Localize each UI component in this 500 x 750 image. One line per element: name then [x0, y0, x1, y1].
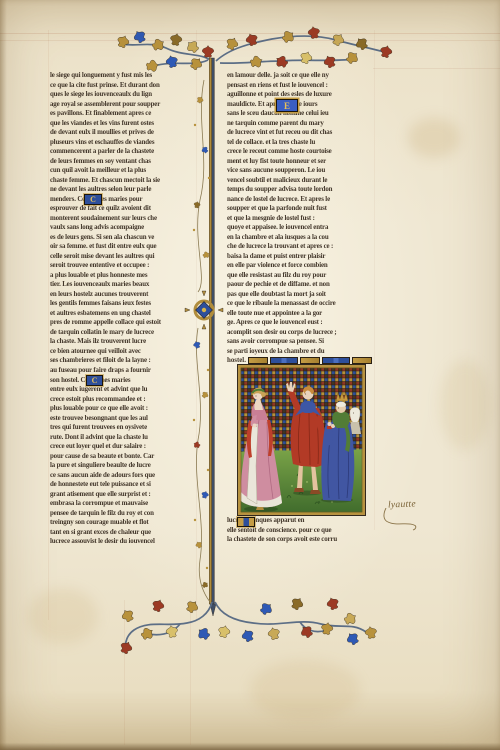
gold-shoe	[256, 507, 264, 510]
bottom-vine-stems	[125, 602, 366, 650]
text-line: pres de romme appelle collace qui estoit	[50, 318, 197, 328]
text-line: ques le siege les iouvenceaulx du lign	[50, 90, 197, 100]
parchment-stain	[408, 118, 460, 158]
text-line: este trouvee besongnant que les aul	[50, 414, 197, 424]
text-line: vaulx sans long advis acompaigne	[50, 223, 197, 233]
ruling-line	[124, 600, 125, 745]
text-line: tier. Les iouvenceaulx maries beaux	[50, 280, 197, 290]
grass-ground	[239, 449, 364, 514]
text-line: age royal se assemblerent pour soupper	[50, 100, 197, 110]
text-line: la pure et singuliere beaulte de lucre	[50, 461, 197, 471]
grass-flecks	[291, 471, 332, 502]
illuminated-initial: C	[86, 375, 103, 386]
text-line: en lamour delle. ja soit ce que elle ny	[227, 71, 374, 81]
text-line: acomplit son desir ou corps de lucrece ;	[227, 328, 374, 338]
text-line: sans le sceu daucun homme celui ieu	[227, 109, 374, 119]
text-line: crece le receut comme hoste courtoise	[227, 147, 374, 157]
blue-hood	[300, 401, 316, 413]
margin-annotation-flourish	[382, 508, 432, 532]
text-line: en elle par violence et force combien	[227, 261, 374, 271]
parchment-stain	[28, 588, 98, 644]
text-line: baisa la dame et puist entrer plaisir	[227, 252, 374, 262]
parchment-stain	[440, 360, 490, 450]
text-line: treingny son courage muable et flot	[50, 518, 197, 528]
top-vine-leaves	[116, 26, 393, 73]
text-line: embrasa la corrompue et mauvaise	[50, 499, 197, 509]
miniature-frame	[238, 365, 366, 516]
text-line: tant en si grant exces de chaleur que	[50, 528, 197, 538]
filler-text-line: hostel.	[227, 356, 374, 364]
text-line: rute. Dont il advint que la chaste lu	[50, 433, 197, 443]
text-line: en leurs hostelz aucunes trouverent	[50, 290, 197, 300]
text-line: pas que elle doubtast la mort ja soit	[227, 290, 374, 300]
text-line: nance de lostel de lucrece. Et apres le	[227, 195, 374, 205]
text-line: aguillonne et point des esles de luxure	[227, 90, 374, 100]
text-line: crece eut loyer quel et dur salaire :	[50, 442, 197, 452]
text-line: es pavillons. Et finablement apres ce	[50, 109, 197, 119]
text-line: chaste femme. Et chascun mectoit la sie	[50, 176, 197, 186]
illuminated-panel	[237, 517, 255, 527]
white-coif	[336, 402, 346, 407]
text-line: ment et luy fist toute honneur et ser	[227, 157, 374, 167]
figure-woman-in-wimple	[349, 408, 361, 435]
ruling-line	[48, 30, 49, 620]
text-line: ce sans aucun aide de adours fors que	[50, 471, 197, 481]
raised-hand	[286, 382, 296, 392]
text-line: ce que la cite fust prinse. Et durant do…	[50, 81, 197, 91]
text-line: de tarquin collatin le mary de lucrece	[50, 328, 197, 338]
text-line: de honnestete eut tele puissance et si	[50, 480, 197, 490]
text-line: et aultres esbatemens en ung chastel	[50, 309, 197, 319]
blonde-hair	[253, 388, 265, 397]
text-line: ne devant les aultres selon leur parle	[50, 185, 197, 195]
text-line: que elle resistast au filz du roy pour	[227, 271, 374, 281]
line-filler-gold	[352, 357, 372, 364]
text-line: elle toute nue et appointee a la gor	[227, 309, 374, 319]
text-line: ses chambrieres et filoit de la layne :	[50, 356, 197, 366]
raised-arm	[288, 389, 303, 414]
text-line: monterent soudainement sur leurs che	[50, 214, 197, 224]
text-line: pensast en riens et fust le iouvencel :	[227, 81, 374, 91]
line-filler-blue	[322, 357, 350, 364]
figure-woman-in-pink	[240, 388, 282, 512]
text-line: le siege qui longuement y fust mis les	[50, 71, 197, 81]
text-line: la chaste. Mais ilz trouverent lucre	[50, 337, 197, 347]
text-line: plus louable pour ce que elle avoit :	[50, 404, 197, 414]
text-line: en la chambre et ala iusques a la cou	[227, 233, 374, 243]
text-line: commencerent a parler de la chastete	[50, 147, 197, 157]
text-line: les gentils femmes faisans ieux festes	[50, 299, 197, 309]
illuminated-initial: C	[84, 194, 102, 205]
text-line: la chastete de son corps avoit este corr…	[227, 535, 374, 545]
text-line: son hostel. Ces ieunes maries	[50, 376, 197, 386]
text-line: mauldicte. Et apres pou de iours	[227, 100, 374, 110]
page-edge-shadow	[0, 0, 7, 750]
text-line: que les viandes et les vins furent ostes	[50, 119, 197, 129]
text-line: vencel soubtil et malicieux durant le	[227, 176, 374, 186]
figure-man-in-red	[286, 382, 325, 496]
curly-hair	[303, 387, 314, 395]
text-line: seroit trouvee ententive et occupee :	[50, 261, 197, 271]
parchment-stain	[250, 660, 360, 720]
text-line: menders. Ces ieunes maries pour	[50, 195, 197, 205]
text-line: hostel.	[227, 357, 246, 364]
text-line: che de lucrece la trouvant et apres ce :	[227, 242, 374, 252]
text-line: es de leurs gens. Si sen ala chascun ve	[50, 233, 197, 243]
text-line: vice sans aucune soupperon. Le iou	[227, 166, 374, 176]
text-line: ne tarquin comme parent du mary	[227, 119, 374, 129]
top-vine-stems	[122, 36, 388, 66]
text-line: et que la mesgnie de lostel fust :	[227, 214, 374, 224]
line-filler-gold	[248, 357, 268, 364]
ruling-line	[190, 600, 191, 745]
grass-tufts	[287, 462, 349, 504]
text-line: entre eulx iugerent et advint que lu	[50, 385, 197, 395]
text-line: tres qui furent trouvees en oysivete	[50, 423, 197, 433]
text-line: soupper et que la parfonde nuit fust	[227, 204, 374, 214]
right-text-column: en lamour delle. ja soit ce que elle nyp…	[227, 71, 374, 356]
text-line: a plus louable et plus honneste mes	[50, 271, 197, 281]
text-line: de lucrece vint et fut receu ou dit chas	[227, 128, 374, 138]
text-line: celle seroit mise devant les aultres qui	[50, 252, 197, 262]
text-line: ge. Apres ce que le iouvencel eust :	[227, 318, 374, 328]
text-line: ce que le ribaule la menassast de occire	[227, 299, 374, 309]
text-line: de leurs femmes en soy ventant chas	[50, 157, 197, 167]
ruling-line	[373, 68, 500, 69]
ruling-line	[0, 33, 500, 34]
left-text-column: le siege qui longuement y fust mis lesce…	[50, 71, 197, 547]
text-line: cun quil avoit la meilleur et la plus	[50, 166, 197, 176]
text-line: de devant eulx il moullies et prives de	[50, 128, 197, 138]
green-hood	[332, 411, 350, 428]
central-bar	[209, 58, 216, 616]
line-filler-blue	[270, 357, 298, 364]
illuminated-initial: E	[276, 99, 298, 112]
text-line: grant atisement que elle surprist et :	[50, 490, 197, 500]
text-line: tel de collace. et la tres chaste lu	[227, 138, 374, 148]
line-filler-gold	[300, 357, 320, 364]
text-line: crece estoit plus recommandee et :	[50, 395, 197, 405]
gold-crown	[336, 392, 348, 401]
hanging-white-cloth	[247, 422, 258, 504]
ruling-line	[0, 40, 500, 41]
text-line: pour cause de sa beaute et bonte. Car	[50, 452, 197, 462]
green-chaplet	[253, 390, 265, 393]
text-line: sans avoir corrompue sa pensee. Si	[227, 337, 374, 347]
text-line: ce bien atournee qui veilloit avec	[50, 347, 197, 357]
text-line: lucrece assouvist le desir du iouvencel	[50, 537, 197, 547]
text-line: pensee de tarquin le filz du roy et con	[50, 509, 197, 519]
text-line: quoye et appaisee. le iouvencel entra	[227, 223, 374, 233]
text-line: pluseurs vins et eschauffes de viandes	[50, 138, 197, 148]
bottom-vine-leaves	[119, 595, 378, 655]
text-line: au fuseau pour faire draps a fournir	[50, 366, 197, 376]
text-line: paour de pechie et de diffame. et non	[227, 280, 374, 290]
margin-annotation: lyautte	[388, 500, 416, 511]
miniature-lucrece-scene	[237, 364, 366, 516]
figure-man-in-blue	[321, 392, 354, 503]
diaper-background	[239, 366, 364, 514]
manuscript-page: le siege qui longuement y fust mis lesce…	[0, 0, 500, 750]
ruling-line	[374, 30, 375, 530]
text-line: oir sa femme. et fust dit entre eulx que	[50, 242, 197, 252]
text-line: temps du soupper advisa toute lordon	[227, 185, 374, 195]
text-line: esprouver de fait ce quilz avoient dit	[50, 204, 197, 214]
